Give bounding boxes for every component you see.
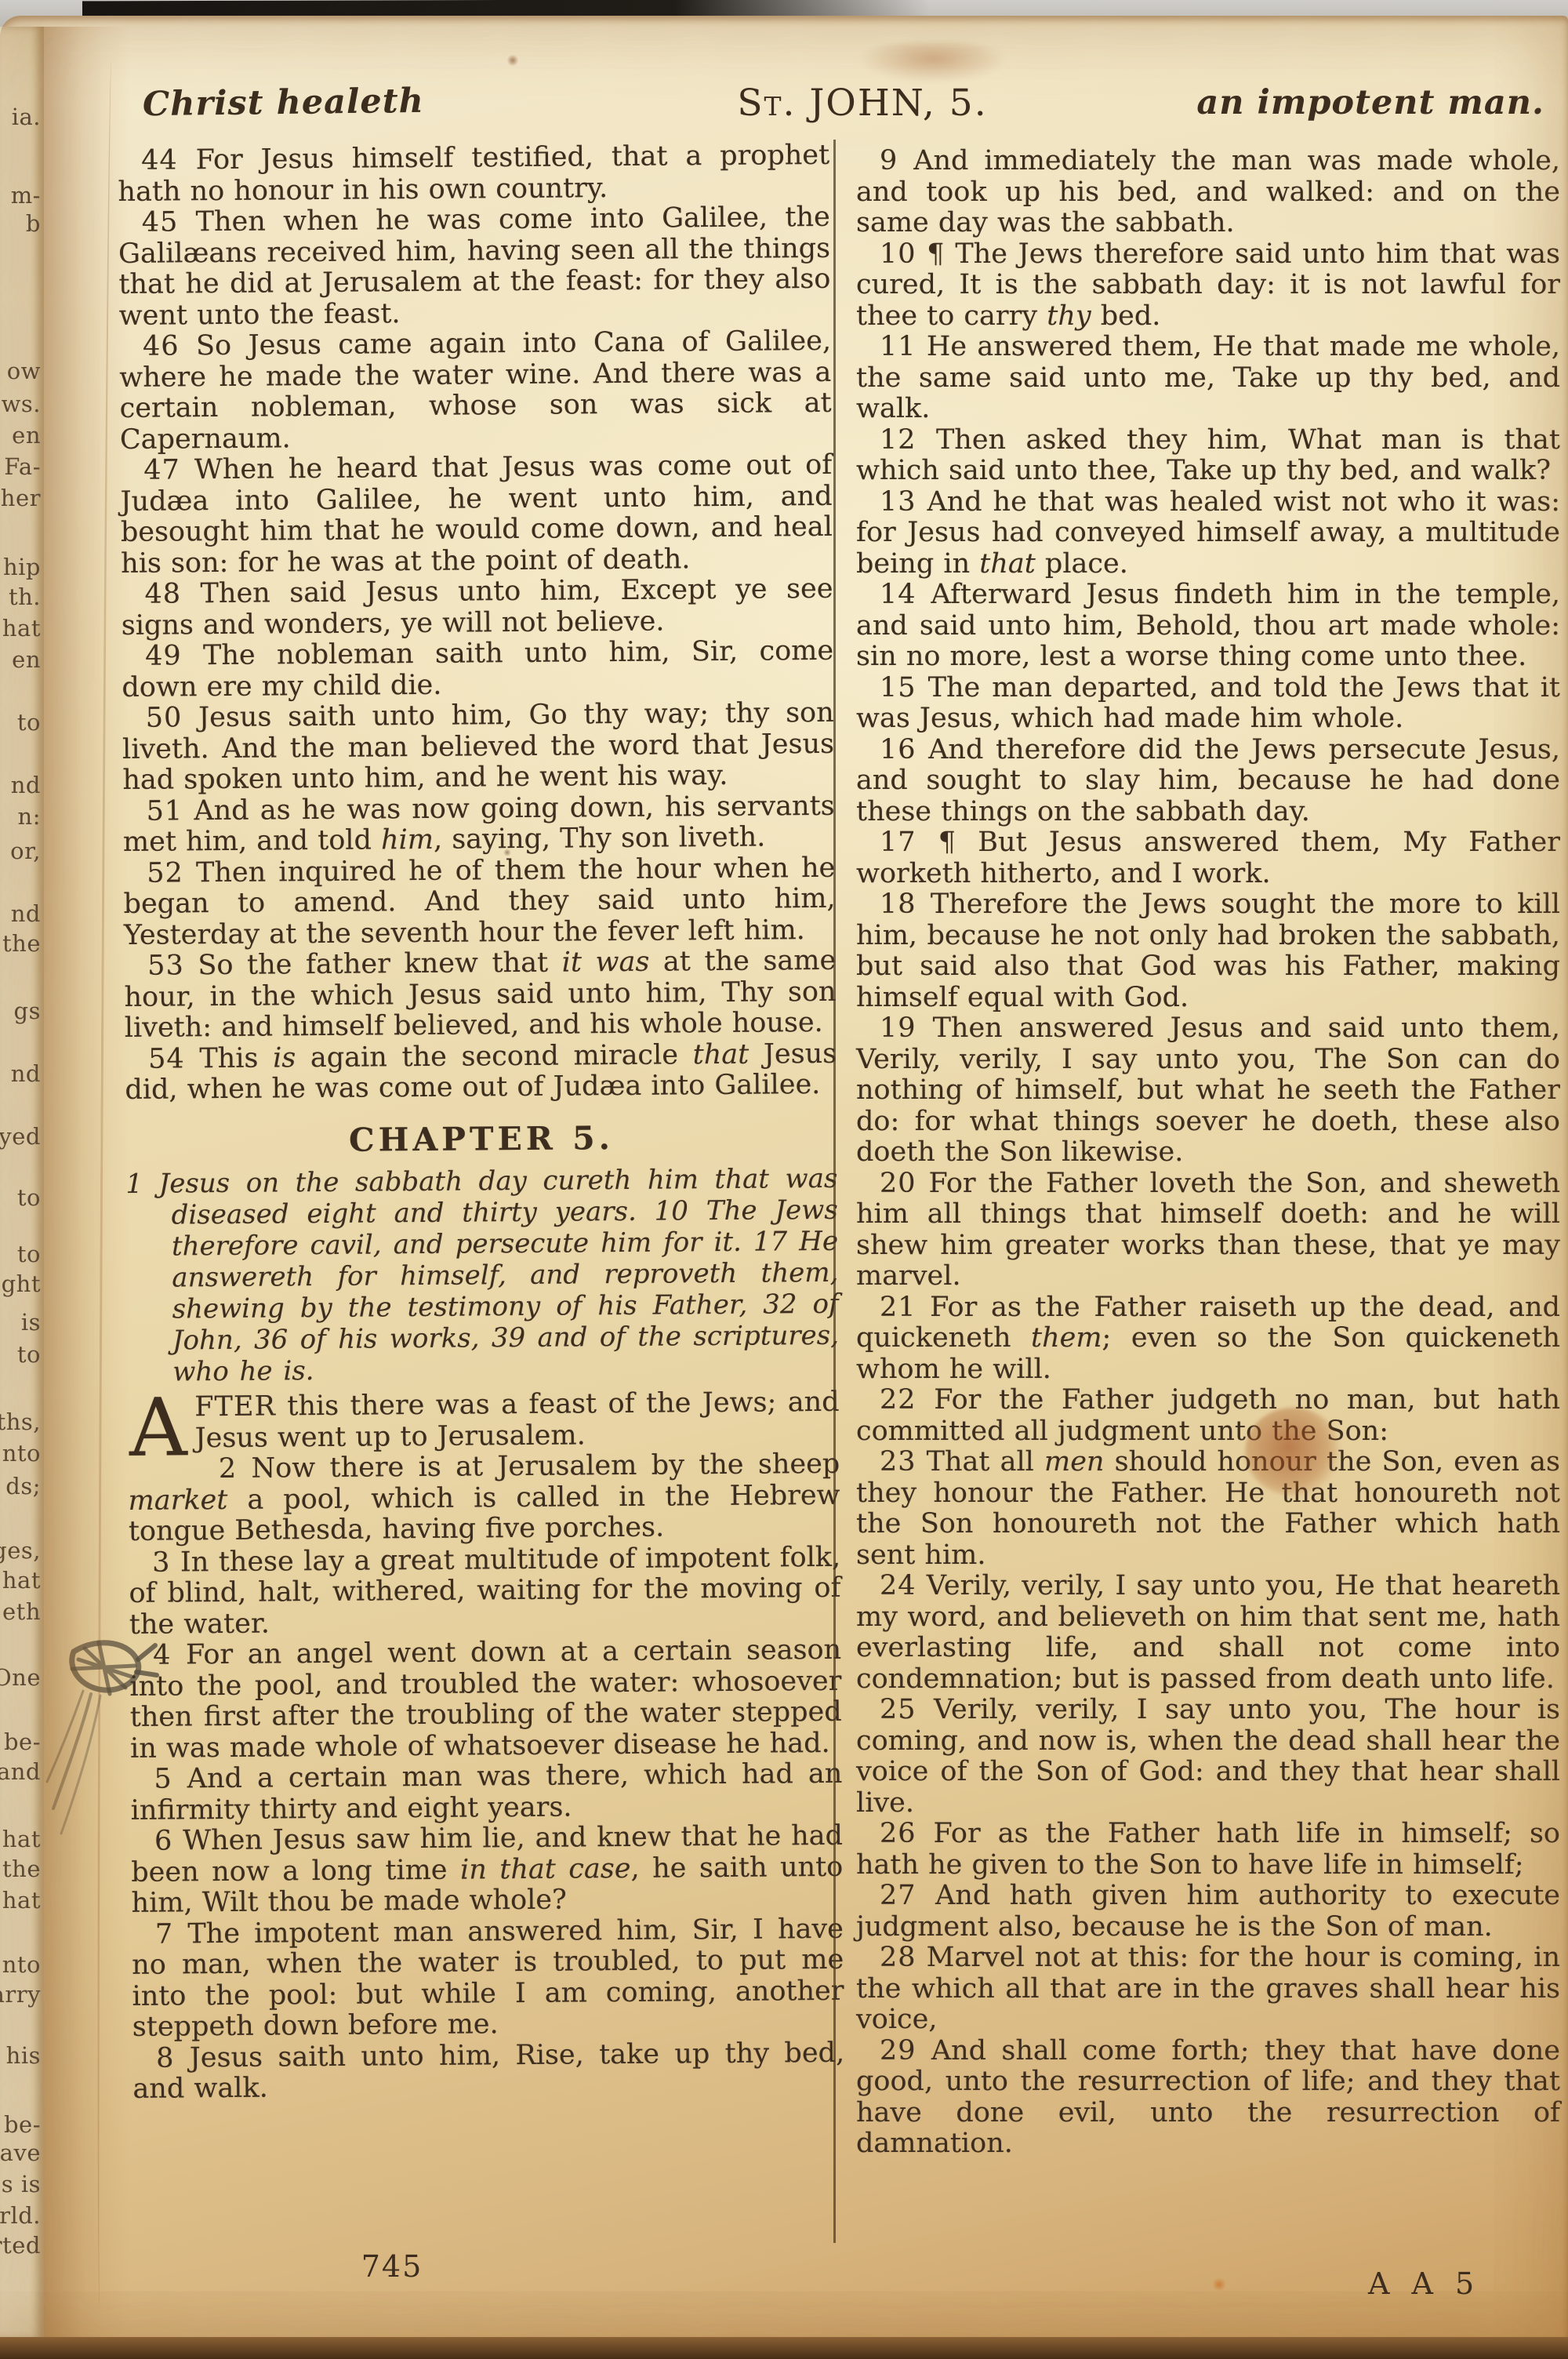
signature-mark: A A 5 — [1368, 2266, 1480, 2301]
verse-number: 20 — [880, 1168, 916, 1199]
verse-number: 15 — [880, 672, 916, 703]
verse-number: 11 — [880, 331, 916, 362]
edge-text-fragment: Fa- — [4, 455, 41, 478]
edge-text-fragment: hat — [2, 1827, 41, 1851]
edge-text-fragment: hat — [2, 616, 41, 640]
verse-number: 9 — [880, 145, 898, 176]
chapter-summary: 1 Jesus on the sabbath day cureth him th… — [125, 1163, 839, 1388]
edge-text-fragment: rld. — [0, 2204, 41, 2227]
left-column: 44 For Jesus himself testified, that a p… — [118, 140, 845, 2106]
edge-text-fragment: nd — [11, 902, 41, 925]
verse-27: 27 And hath given him authority to execu… — [856, 1881, 1560, 1943]
verse-23: 23 That all men should honour the Son, e… — [856, 1447, 1560, 1571]
edge-text-fragment: be- — [4, 2113, 41, 2136]
chapter-heading: CHAPTER 5. — [125, 1121, 837, 1158]
verse-8: 8 Jesus saith unto him, Rise, take up th… — [132, 2037, 845, 2105]
verse-7: 7 The impotent man answered him, Sir, I … — [132, 1914, 844, 2043]
edge-text-fragment: One — [0, 1666, 41, 1689]
book-abbreviation: St. — [737, 82, 796, 125]
page-number: 745 — [345, 2249, 439, 2284]
prev-page-edge: ia.m-bowws.enFa-herhipth.hatentondn:or,n… — [0, 27, 44, 2339]
bible-page: Christ healeth St. JOHN, 5. an impotent … — [0, 16, 1568, 2339]
gutter-shadow — [44, 27, 130, 2339]
verse-18: 18 Therefore the Jews sought the more to… — [856, 889, 1560, 1013]
verse-44: 44 For Jesus himself testified, that a p… — [118, 140, 830, 208]
verse-number: 49 — [145, 640, 182, 671]
book-chapter-label: JOHN, 5. — [797, 82, 988, 125]
paper-speck — [506, 55, 519, 66]
page-footer: 745 A A 5 — [0, 2249, 1568, 2296]
verse-number: 23 — [880, 1446, 916, 1478]
edge-text-fragment: to — [17, 711, 41, 734]
verse-2: 2 Now there is at Jerusalem by the sheep… — [128, 1449, 840, 1548]
verse-25: 25 Verily, verily, I say unto you, The h… — [856, 1695, 1560, 1819]
verse-number: 13 — [880, 486, 916, 518]
verse-21: 21 For as the Father raiseth up the dead… — [856, 1292, 1560, 1386]
edge-text-fragment: rted — [0, 2234, 41, 2257]
verse-number: 22 — [880, 1384, 916, 1416]
verse-number: 26 — [880, 1818, 916, 1849]
book-bottom-edge — [0, 2337, 1568, 2359]
edge-text-fragment: nto — [2, 1441, 41, 1465]
verse-16: 16 And therefore did the Jews persecute … — [856, 735, 1560, 828]
verse-53: 53 So the father knew that it was at the… — [124, 946, 837, 1045]
edge-text-fragment: to — [17, 1186, 41, 1209]
verse-20: 20 For the Father loveth the Son, and sh… — [856, 1169, 1560, 1292]
edge-text-fragment: to — [17, 1242, 41, 1266]
verse-52: 52 Then inquired he of them the hour whe… — [123, 852, 836, 951]
verse-19: 19 Then answered Jesus and said unto the… — [856, 1013, 1560, 1169]
verse-13: 13 And he that was healed wist not who i… — [856, 487, 1560, 580]
edge-text-fragment: hat — [2, 1568, 41, 1592]
edge-text-fragment: n: — [18, 805, 41, 828]
verse-26: 26 For as the Father hath life in himsel… — [856, 1819, 1560, 1881]
verse-number: 28 — [880, 1942, 916, 1973]
pencil-scribble — [44, 1628, 162, 1863]
verse-3: 3 In these lay a great multitude of impo… — [129, 1542, 841, 1641]
verse-number: 18 — [880, 889, 916, 920]
verse-12: 12 Then asked they him, What man is that… — [856, 425, 1560, 487]
verse-45: 45 Then when he was come into Galilee, t… — [118, 202, 831, 332]
verse-number: 3 — [152, 1547, 171, 1578]
edge-text-fragment: ave — [0, 2141, 41, 2165]
verse-number: 25 — [880, 1694, 916, 1725]
verse-number: 46 — [143, 330, 180, 362]
edge-text-fragment: the — [2, 932, 41, 955]
edge-text-fragment: ow — [7, 359, 41, 383]
running-head-center: St. JOHN, 5. — [643, 82, 1082, 125]
verse-15: 15 The man departed, and told the Jews t… — [856, 673, 1560, 735]
verse-number: 12 — [880, 424, 916, 456]
verse-number: 48 — [144, 578, 181, 609]
page-crease — [95, 63, 117, 2306]
verse-51: 51 And as he was now going down, his ser… — [123, 791, 836, 858]
edge-text-fragment: is — [21, 1310, 41, 1334]
verse-6: 6 When Jesus saw him lie, and knew that … — [131, 1821, 844, 1920]
edge-text-fragment: nd — [11, 773, 41, 797]
drop-cap: A — [127, 1392, 194, 1460]
edge-text-fragment: arry — [0, 1983, 41, 2006]
verse-22: 22 For the Father judgeth no man, but ha… — [856, 1385, 1560, 1447]
verse-1: AFTER this there was a feast of the Jews… — [127, 1387, 840, 1455]
verse-14: 14 Afterward Jesus findeth him in the te… — [856, 580, 1560, 673]
edge-text-fragment: her — [1, 486, 41, 510]
edge-text-fragment: ds; — [5, 1474, 41, 1498]
verse-number: 8 — [156, 2042, 175, 2074]
verse-28: 28 Marvel not at this: for the hour is c… — [856, 1943, 1560, 2036]
edge-text-fragment: to — [17, 1343, 41, 1366]
verse-number: 17 — [880, 827, 916, 858]
verse-10: 10 ¶ The Jews therefore said unto him th… — [856, 239, 1560, 333]
edge-text-fragment: b — [26, 212, 41, 235]
running-head-right: an impotent man. — [1196, 83, 1544, 122]
verse-24: 24 Verily, verily, I say unto you, He th… — [856, 1571, 1560, 1695]
verse-number: 29 — [880, 2035, 916, 2066]
edge-text-fragment: or, — [10, 839, 41, 863]
verse-number: 7 — [155, 1918, 174, 1950]
verse-number: 45 — [142, 206, 179, 238]
verse-5: 5 And a certain man was there, which had… — [130, 1759, 843, 1826]
verse-48: 48 Then said Jesus unto him, Except ye s… — [121, 574, 833, 642]
edge-text-fragment: be- — [4, 1730, 41, 1754]
verse-4: 4 For an angel went down at a certain se… — [129, 1635, 842, 1765]
edge-text-fragment: yed — [0, 1125, 41, 1148]
edge-text-fragment: ths, — [0, 1410, 41, 1434]
edge-text-fragment: ges, — [0, 1539, 41, 1562]
edge-text-fragment: eth — [2, 1600, 41, 1623]
edge-text-fragment: gs — [14, 999, 41, 1023]
edge-text-fragment: the — [2, 1857, 41, 1881]
edge-text-fragment: en — [12, 648, 41, 671]
edge-text-fragment: s is — [2, 2172, 41, 2196]
running-head: Christ healeth St. JOHN, 5. an impotent … — [0, 82, 1568, 136]
verse-number: 51 — [147, 795, 183, 827]
edge-text-fragment: and — [0, 1760, 41, 1783]
verse-number: 53 — [147, 950, 184, 981]
verse-number: 52 — [147, 857, 183, 889]
verse-49: 49 The nobleman saith unto him, Sir, com… — [122, 636, 834, 703]
verse-number: 21 — [880, 1292, 916, 1323]
verse-number: 16 — [880, 734, 916, 765]
edge-text-fragment: hat — [2, 1888, 41, 1912]
edge-text-fragment: en — [12, 423, 41, 447]
verse-number: 50 — [146, 702, 183, 733]
verse-number: 24 — [880, 1570, 916, 1601]
edge-text-fragment: his — [6, 2044, 41, 2067]
verse-number: 10 — [880, 238, 916, 270]
edge-text-fragment: ght — [2, 1272, 41, 1296]
verse-number: 27 — [880, 1880, 916, 1911]
verse-number: 19 — [880, 1012, 916, 1044]
edge-text-fragment: nto — [2, 1953, 41, 1976]
running-head-left: Christ healeth — [143, 82, 424, 124]
column-divider — [833, 140, 836, 2243]
edge-text-fragment: nd — [11, 1062, 41, 1085]
verse-number: 14 — [880, 579, 916, 610]
verse-54: 54 This is again the second miracle that… — [125, 1038, 837, 1106]
edge-text-fragment: m- — [11, 184, 41, 207]
verse-number: 44 — [141, 144, 178, 176]
verse-46: 46 So Jesus came again into Cana of Gali… — [119, 326, 832, 456]
paper-stain — [858, 42, 1007, 83]
edge-text-fragment: ws. — [2, 392, 41, 416]
verse-29: 29 And shall come forth; they that have … — [856, 2036, 1560, 2160]
verse-number: 2 — [219, 1453, 238, 1485]
verse-50: 50 Jesus saith unto him, Go thy way; thy… — [122, 698, 835, 797]
verse-17: 17 ¶ But Jesus answered them, My Father … — [856, 827, 1560, 889]
verse-9: 9 And immediately the man was made whole… — [856, 146, 1560, 239]
verse-number: 47 — [143, 454, 180, 485]
right-column: 9 And immediately the man was made whole… — [856, 146, 1560, 2160]
verse-11: 11 He answered them, He that made me who… — [856, 332, 1560, 425]
edge-text-fragment: th. — [9, 585, 41, 609]
verse-47: 47 When he heard that Jesus was come out… — [120, 450, 833, 580]
edge-text-fragment: ia. — [12, 105, 41, 129]
edge-text-fragment: hip — [3, 555, 41, 579]
verse-number: 54 — [148, 1043, 185, 1074]
